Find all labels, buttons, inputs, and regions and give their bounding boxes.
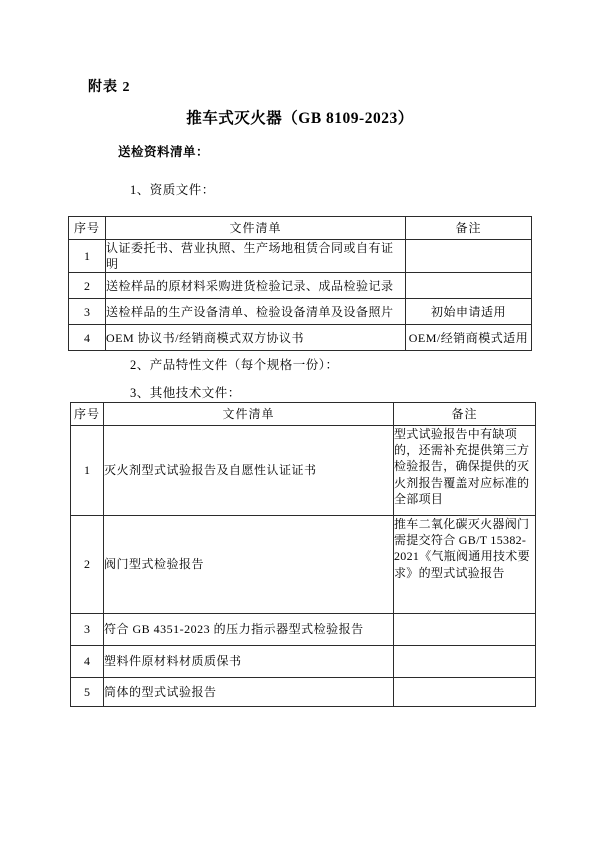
document-title: 推车式灭火器（GB 8109-2023） (0, 106, 600, 128)
document-name: 灭火剂型式试验报告及自愿性认证证书 (104, 426, 394, 516)
column-header-no: 序号 (69, 217, 106, 240)
row-number: 2 (71, 516, 104, 614)
table-header-row: 序号 文件清单 备注 (71, 403, 536, 426)
section-3-other-technical-label: 3、其他技术文件： (130, 383, 241, 401)
document-name: 符合 GB 4351-2023 的压力指示器型式检验报告 (104, 614, 394, 646)
document-name: 筒体的型式试验报告 (104, 678, 394, 707)
remark: 型式试验报告中有缺项的，还需补充提供第三方检验报告，确保提供的灭火剂报告覆盖对应… (394, 426, 536, 516)
column-header-remark: 备注 (406, 217, 532, 240)
row-number: 4 (71, 646, 104, 678)
submission-list-heading: 送检资料清单： (118, 142, 209, 160)
row-number: 3 (71, 614, 104, 646)
document-name: 认证委托书、营业执照、生产场地租赁合同或自有证明 (106, 240, 406, 273)
table-row: 3 送检样品的生产设备清单、检验设备清单及设备照片 初始申请适用 (69, 299, 532, 325)
document-name: 送检样品的原材料采购进货检验记录、成品检验记录 (106, 273, 406, 299)
column-header-doc: 文件清单 (104, 403, 394, 426)
document-name: 塑料件原材料材质质保书 (104, 646, 394, 678)
row-number: 4 (69, 325, 106, 351)
document-page: 附表 2 推车式灭火器（GB 8109-2023） 送检资料清单： 1、资质文件… (0, 0, 600, 848)
remark (394, 614, 536, 646)
remark (406, 240, 532, 273)
remark: 推车二氧化碳灭火器阀门需提交符合 GB/T 15382-2021《气瓶阀通用技术… (394, 516, 536, 614)
table-row: 2 送检样品的原材料采购进货检验记录、成品检验记录 (69, 273, 532, 299)
table-row: 5 筒体的型式试验报告 (71, 678, 536, 707)
document-name: 送检样品的生产设备清单、检验设备清单及设备照片 (106, 299, 406, 325)
table-row: 1 认证委托书、营业执照、生产场地租赁合同或自有证明 (69, 240, 532, 273)
document-name: OEM 协议书/经销商模式双方协议书 (106, 325, 406, 351)
column-header-doc: 文件清单 (106, 217, 406, 240)
row-number: 1 (71, 426, 104, 516)
table-row: 2 阀门型式检验报告 推车二氧化碳灭火器阀门需提交符合 GB/T 15382-2… (71, 516, 536, 614)
document-name: 阀门型式检验报告 (104, 516, 394, 614)
remark (406, 273, 532, 299)
section-1-qualification-label: 1、资质文件： (130, 180, 215, 198)
table-row: 4 塑料件原材料材质质保书 (71, 646, 536, 678)
row-number: 5 (71, 678, 104, 707)
row-number: 3 (69, 299, 106, 325)
appendix-label: 附表 2 (88, 76, 131, 96)
column-header-remark: 备注 (394, 403, 536, 426)
table-row: 1 灭火剂型式试验报告及自愿性认证证书 型式试验报告中有缺项的，还需补充提供第三… (71, 426, 536, 516)
section-2-product-characteristics-label: 2、产品特性文件（每个规格一份）： (130, 355, 339, 373)
row-number: 2 (69, 273, 106, 299)
remark (394, 646, 536, 678)
table-row: 3 符合 GB 4351-2023 的压力指示器型式检验报告 (71, 614, 536, 646)
remark (394, 678, 536, 707)
table-row: 4 OEM 协议书/经销商模式双方协议书 OEM/经销商模式适用 (69, 325, 532, 351)
remark: OEM/经销商模式适用 (406, 325, 532, 351)
row-number: 1 (69, 240, 106, 273)
column-header-no: 序号 (71, 403, 104, 426)
qualification-documents-table: 序号 文件清单 备注 1 认证委托书、营业执照、生产场地租赁合同或自有证明 2 … (68, 216, 532, 351)
technical-documents-table: 序号 文件清单 备注 1 灭火剂型式试验报告及自愿性认证证书 型式试验报告中有缺… (70, 402, 536, 707)
table-header-row: 序号 文件清单 备注 (69, 217, 532, 240)
remark: 初始申请适用 (406, 299, 532, 325)
